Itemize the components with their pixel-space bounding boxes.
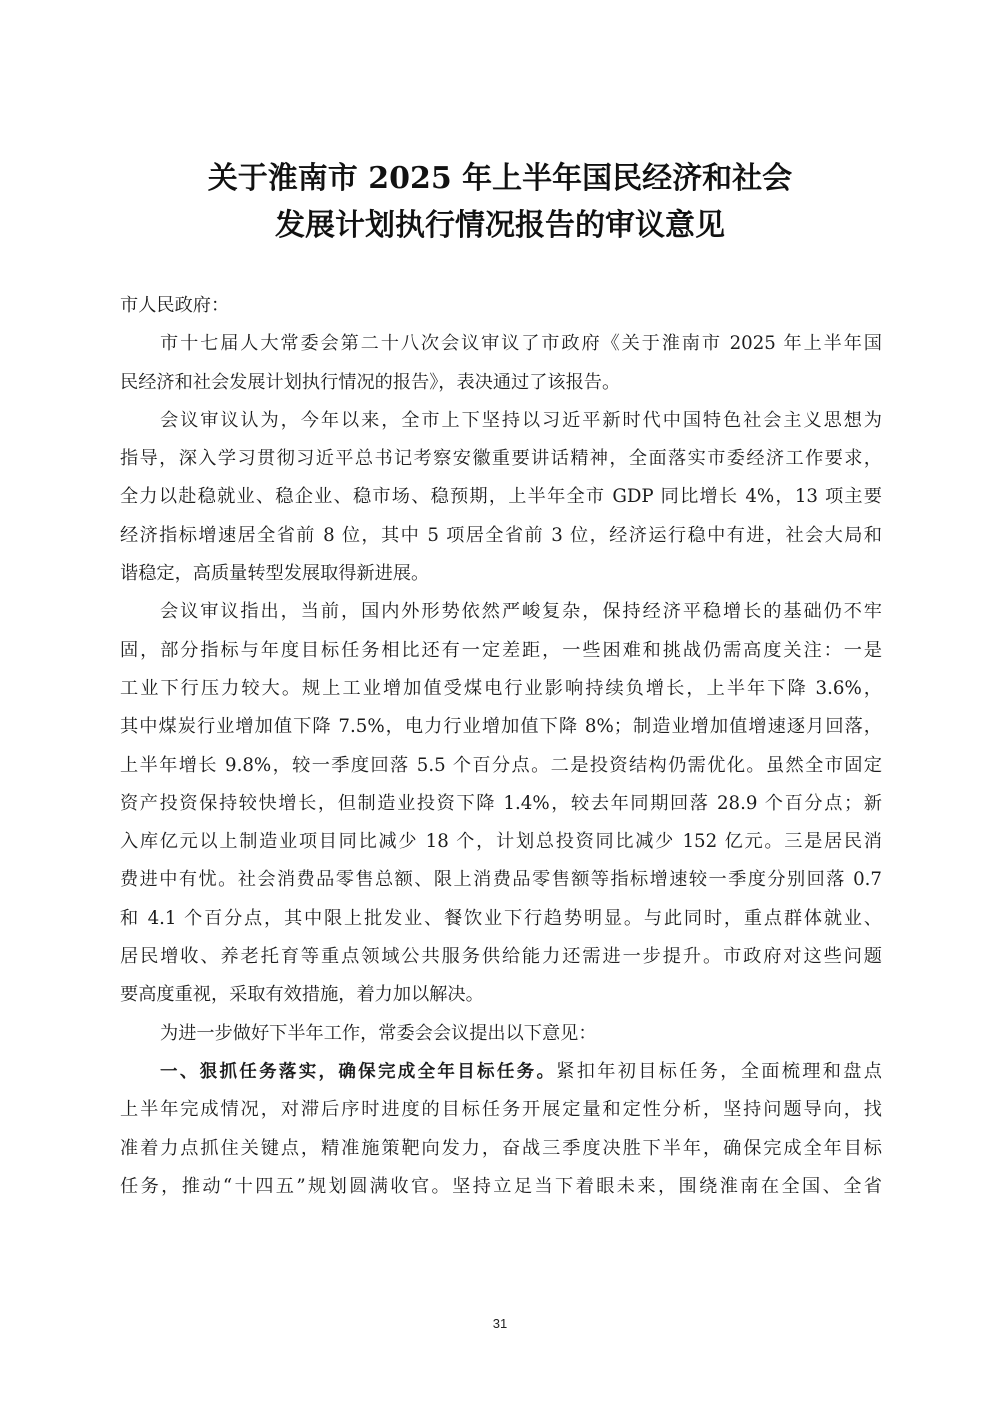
paragraph-line: 指导，深入学习贯彻习近平总书记考察安徽重要讲话精神，全面落实市委经济工作要求， — [120, 440, 882, 478]
paragraph-line: 资产投资保持较快增长，但制造业投资下降 1.4%，较去年同期回落 28.9 个百… — [120, 785, 882, 823]
document-page: 关于淮南市 2025 年上半年国民经济和社会 发展计划执行情况报告的审议意见 市… — [0, 0, 1000, 1415]
salutation: 市人民政府： — [120, 287, 882, 325]
document-title-line-2: 发展计划执行情况报告的审议意见 — [0, 200, 1000, 244]
document-body: 市人民政府： 市十七届人大常委会第二十八次会议审议了市政府《关于淮南市 2025… — [120, 287, 882, 1206]
paragraph-line: 工业下行压力较大。规上工业增加值受煤电行业影响持续负增长，上半年下降 3.6%， — [120, 670, 882, 708]
section-one-heading: 一、狠抓任务落实，确保完成全年目标任务。 — [160, 1062, 556, 1082]
paragraph-line: 固，部分指标与年度目标任务相比还有一定差距，一些困难和挑战仍需高度关注：一是 — [120, 632, 882, 670]
section-one: 一、狠抓任务落实，确保完成全年目标任务。紧扣年初目标任务，全面梳理和盘点 上半年… — [120, 1053, 882, 1206]
paragraph-line: 费进中有忧。社会消费品零售总额、限上消费品零售额等指标增速较一季度分别回落 0.… — [120, 861, 882, 899]
paragraph-line: 居民增收、养老托育等重点领域公共服务供给能力还需进一步提升。市政府对这些问题 — [120, 938, 882, 976]
paragraph-line: 入库亿元以上制造业项目同比减少 18 个，计划总投资同比减少 152 亿元。三是… — [120, 823, 882, 861]
paragraph-3: 会议审议指出，当前，国内外形势依然严峻复杂，保持经济平稳增长的基础仍不牢 固，部… — [120, 593, 882, 1014]
paragraph-line: 全力以赴稳就业、稳企业、稳市场、稳预期，上半年全市 GDP 同比增长 4%，13… — [120, 478, 882, 516]
paragraph-line: 经济指标增速居全省前 8 位，其中 5 项居全省前 3 位，经济运行稳中有进，社… — [120, 517, 882, 555]
paragraph-line: 和 4.1 个百分点，其中限上批发业、餐饮业下行趋势明显。与此同时，重点群体就业… — [120, 900, 882, 938]
paragraph-line: 准着力点抓住关键点，精准施策靶向发力，奋战三季度决胜下半年，确保完成全年目标 — [120, 1130, 882, 1168]
paragraph-4: 为进一步做好下半年工作，常委会会议提出以下意见： — [120, 1015, 882, 1053]
paragraph-line: 谐稳定，高质量转型发展取得新进展。 — [120, 555, 882, 593]
paragraph-line: 会议审议指出，当前，国内外形势依然严峻复杂，保持经济平稳增长的基础仍不牢 — [120, 593, 882, 631]
page-number: 31 — [0, 1316, 1000, 1331]
paragraph-line: 其中煤炭行业增加值下降 7.5%，电力行业增加值下降 8%；制造业增加值增速逐月… — [120, 708, 882, 746]
paragraph-line: 任务，推动“十四五”规划圆满收官。坚持立足当下着眼未来，围绕淮南在全国、全省 — [120, 1168, 882, 1206]
paragraph-line: 要高度重视，采取有效措施，着力加以解决。 — [120, 976, 882, 1014]
section-one-first-line-text: 紧扣年初目标任务，全面梳理和盘点 — [556, 1061, 882, 1082]
paragraph-line: 市十七届人大常委会第二十八次会议审议了市政府《关于淮南市 2025 年上半年国 — [120, 325, 882, 363]
paragraph-line: 上半年增长 9.8%，较一季度回落 5.5 个百分点。二是投资结构仍需优化。虽然… — [120, 747, 882, 785]
paragraph-line: 民经济和社会发展计划执行情况的报告》，表决通过了该报告。 — [120, 364, 882, 402]
document-title-line-1: 关于淮南市 2025 年上半年国民经济和社会 — [0, 153, 1000, 197]
paragraph-1: 市十七届人大常委会第二十八次会议审议了市政府《关于淮南市 2025 年上半年国 … — [120, 325, 882, 402]
paragraph-2: 会议审议认为，今年以来，全市上下坚持以习近平新时代中国特色社会主义思想为 指导，… — [120, 402, 882, 593]
paragraph-line: 为进一步做好下半年工作，常委会会议提出以下意见： — [120, 1015, 882, 1053]
section-one-first-line: 一、狠抓任务落实，确保完成全年目标任务。紧扣年初目标任务，全面梳理和盘点 — [120, 1053, 882, 1091]
paragraph-line: 上半年完成情况，对滞后序时进度的目标任务开展定量和定性分析，坚持问题导向，找 — [120, 1091, 882, 1129]
paragraph-line: 会议审议认为，今年以来，全市上下坚持以习近平新时代中国特色社会主义思想为 — [120, 402, 882, 440]
